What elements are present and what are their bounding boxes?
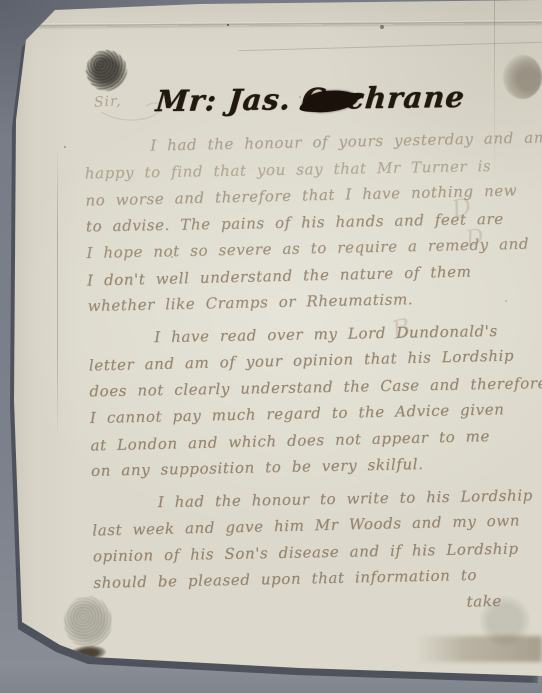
fold-crease-diagonal (238, 42, 542, 51)
letter-heading-area: Mr: Jas. Cochrane (156, 80, 457, 130)
seal-stain-top-left (86, 50, 127, 91)
fold-crease-top (30, 20, 542, 27)
paper-specks (0, 0, 2, 2)
fold-crease-vertical (57, 140, 58, 445)
smudge-bottom-right-edge (415, 636, 542, 662)
photograph-of-manuscript: Sir, Mr: Jas. Cochrane D D B I had the h… (0, 0, 542, 693)
letter-page: Sir, Mr: Jas. Cochrane D D B I had the h… (0, 0, 542, 693)
stain-top-right (503, 55, 542, 99)
letter-body: I had the honour of yours yesterday and … (84, 125, 520, 623)
